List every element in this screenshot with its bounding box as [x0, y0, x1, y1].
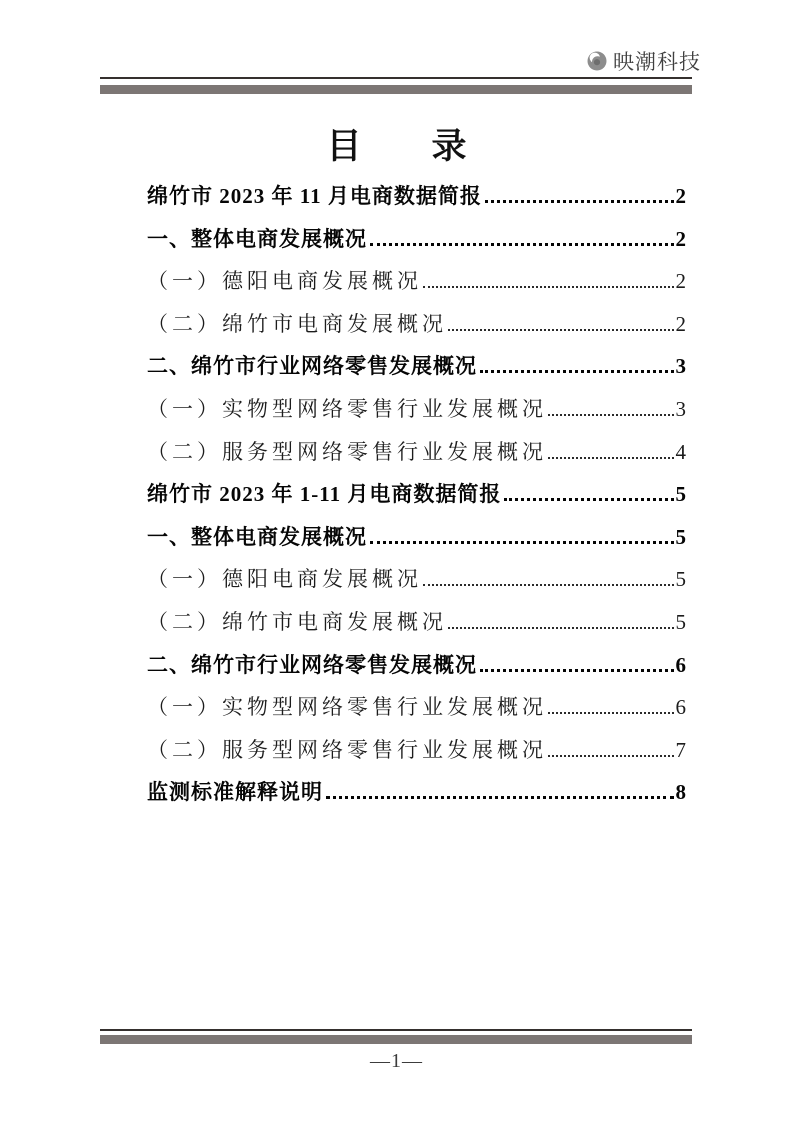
toc-entry[interactable]: 一、整体电商发展概况 5	[147, 516, 686, 559]
toc-entry[interactable]: （二）服务型网络零售行业发展概况 4	[147, 431, 686, 474]
toc-entry-label: （二）服务型网络零售行业发展概况	[147, 729, 547, 772]
table-of-contents: 绵竹市 2023 年 11 月电商数据简报 2 一、整体电商发展概况 2 （一）…	[147, 175, 686, 814]
toc-entry-page-number: 2	[676, 175, 687, 218]
toc-entry[interactable]: （一）德阳电商发展概况 5	[147, 558, 686, 601]
toc-entry-page-number: 5	[676, 601, 687, 644]
footer-rule-thin	[100, 1029, 692, 1031]
toc-entry[interactable]: （一）德阳电商发展概况 2	[147, 260, 686, 303]
toc-entry[interactable]: 二、绵竹市行业网络零售发展概况 6	[147, 644, 686, 687]
toc-entry-page-number: 7	[676, 729, 687, 772]
toc-entry[interactable]: 绵竹市 2023 年 1-11 月电商数据简报 5	[147, 473, 686, 516]
toc-dotted-leader	[423, 286, 674, 288]
toc-entry-page-number: 3	[676, 345, 687, 388]
toc-entry[interactable]: 二、绵竹市行业网络零售发展概况 3	[147, 345, 686, 388]
toc-dotted-leader	[504, 498, 673, 501]
brand-name: 映潮科技	[613, 46, 701, 76]
toc-dotted-leader	[326, 796, 674, 799]
toc-entry[interactable]: （二）绵竹市电商发展概况 2	[147, 303, 686, 346]
toc-entry-page-number: 6	[676, 686, 687, 729]
toc-entry-label: 一、整体电商发展概况	[147, 516, 367, 559]
toc-dotted-leader	[548, 414, 674, 416]
footer-rule-thick	[100, 1035, 692, 1044]
toc-entry-page-number: 2	[676, 260, 687, 303]
toc-entry-label: （一）德阳电商发展概况	[147, 260, 422, 303]
toc-entry-page-number: 4	[676, 431, 687, 474]
toc-entry[interactable]: （一）实物型网络零售行业发展概况 3	[147, 388, 686, 431]
toc-entry[interactable]: 监测标准解释说明 8	[147, 771, 686, 814]
toc-title: 目 录	[0, 126, 793, 168]
toc-dotted-leader	[485, 200, 674, 203]
toc-dotted-leader	[370, 541, 674, 544]
toc-entry-page-number: 3	[676, 388, 687, 431]
toc-entry-label: （一）实物型网络零售行业发展概况	[147, 686, 547, 729]
toc-entry-page-number: 6	[676, 644, 687, 687]
footer-page-number: —1—	[0, 1050, 793, 1073]
toc-entry[interactable]: （二）绵竹市电商发展概况 5	[147, 601, 686, 644]
toc-entry-label: （二）绵竹市电商发展概况	[147, 601, 447, 644]
toc-dotted-leader	[548, 712, 674, 714]
toc-dotted-leader	[448, 329, 674, 331]
toc-entry-label: （二）服务型网络零售行业发展概况	[147, 431, 547, 474]
toc-entry-label: 监测标准解释说明	[147, 771, 323, 814]
toc-entry-page-number: 8	[676, 771, 687, 814]
toc-entry[interactable]: （一）实物型网络零售行业发展概况 6	[147, 686, 686, 729]
toc-dotted-leader	[448, 627, 674, 629]
toc-dotted-leader	[423, 584, 674, 586]
toc-entry[interactable]: 一、整体电商发展概况 2	[147, 218, 686, 261]
toc-entry-label: 一、整体电商发展概况	[147, 218, 367, 261]
toc-entry[interactable]: 绵竹市 2023 年 11 月电商数据简报 2	[147, 175, 686, 218]
toc-entry-page-number: 5	[676, 473, 687, 516]
toc-dotted-leader	[480, 669, 674, 672]
toc-entry-label: 二、绵竹市行业网络零售发展概况	[147, 345, 477, 388]
toc-entry-label: 绵竹市 2023 年 11 月电商数据简报	[147, 175, 482, 218]
header-rule-thin	[100, 77, 692, 79]
header-rule-thick	[100, 85, 692, 94]
toc-entry-label: 二、绵竹市行业网络零售发展概况	[147, 644, 477, 687]
toc-entry-label: （一）德阳电商发展概况	[147, 558, 422, 601]
swirl-circle-icon	[586, 50, 608, 72]
toc-entry-label: （一）实物型网络零售行业发展概况	[147, 388, 547, 431]
toc-entry-page-number: 5	[676, 516, 687, 559]
toc-entry-page-number: 2	[676, 218, 687, 261]
toc-dotted-leader	[370, 243, 674, 246]
toc-dotted-leader	[480, 370, 674, 373]
toc-entry-label: 绵竹市 2023 年 1-11 月电商数据简报	[147, 473, 501, 516]
toc-entry[interactable]: （二）服务型网络零售行业发展概况 7	[147, 729, 686, 772]
toc-entry-page-number: 2	[676, 303, 687, 346]
header-brand: 映潮科技	[586, 46, 701, 76]
toc-entry-page-number: 5	[676, 558, 687, 601]
toc-dotted-leader	[548, 457, 674, 459]
document-page: 映潮科技 目 录 绵竹市 2023 年 11 月电商数据简报 2 一、整体电商发…	[0, 0, 793, 1122]
toc-entry-label: （二）绵竹市电商发展概况	[147, 303, 447, 346]
toc-dotted-leader	[548, 755, 674, 757]
